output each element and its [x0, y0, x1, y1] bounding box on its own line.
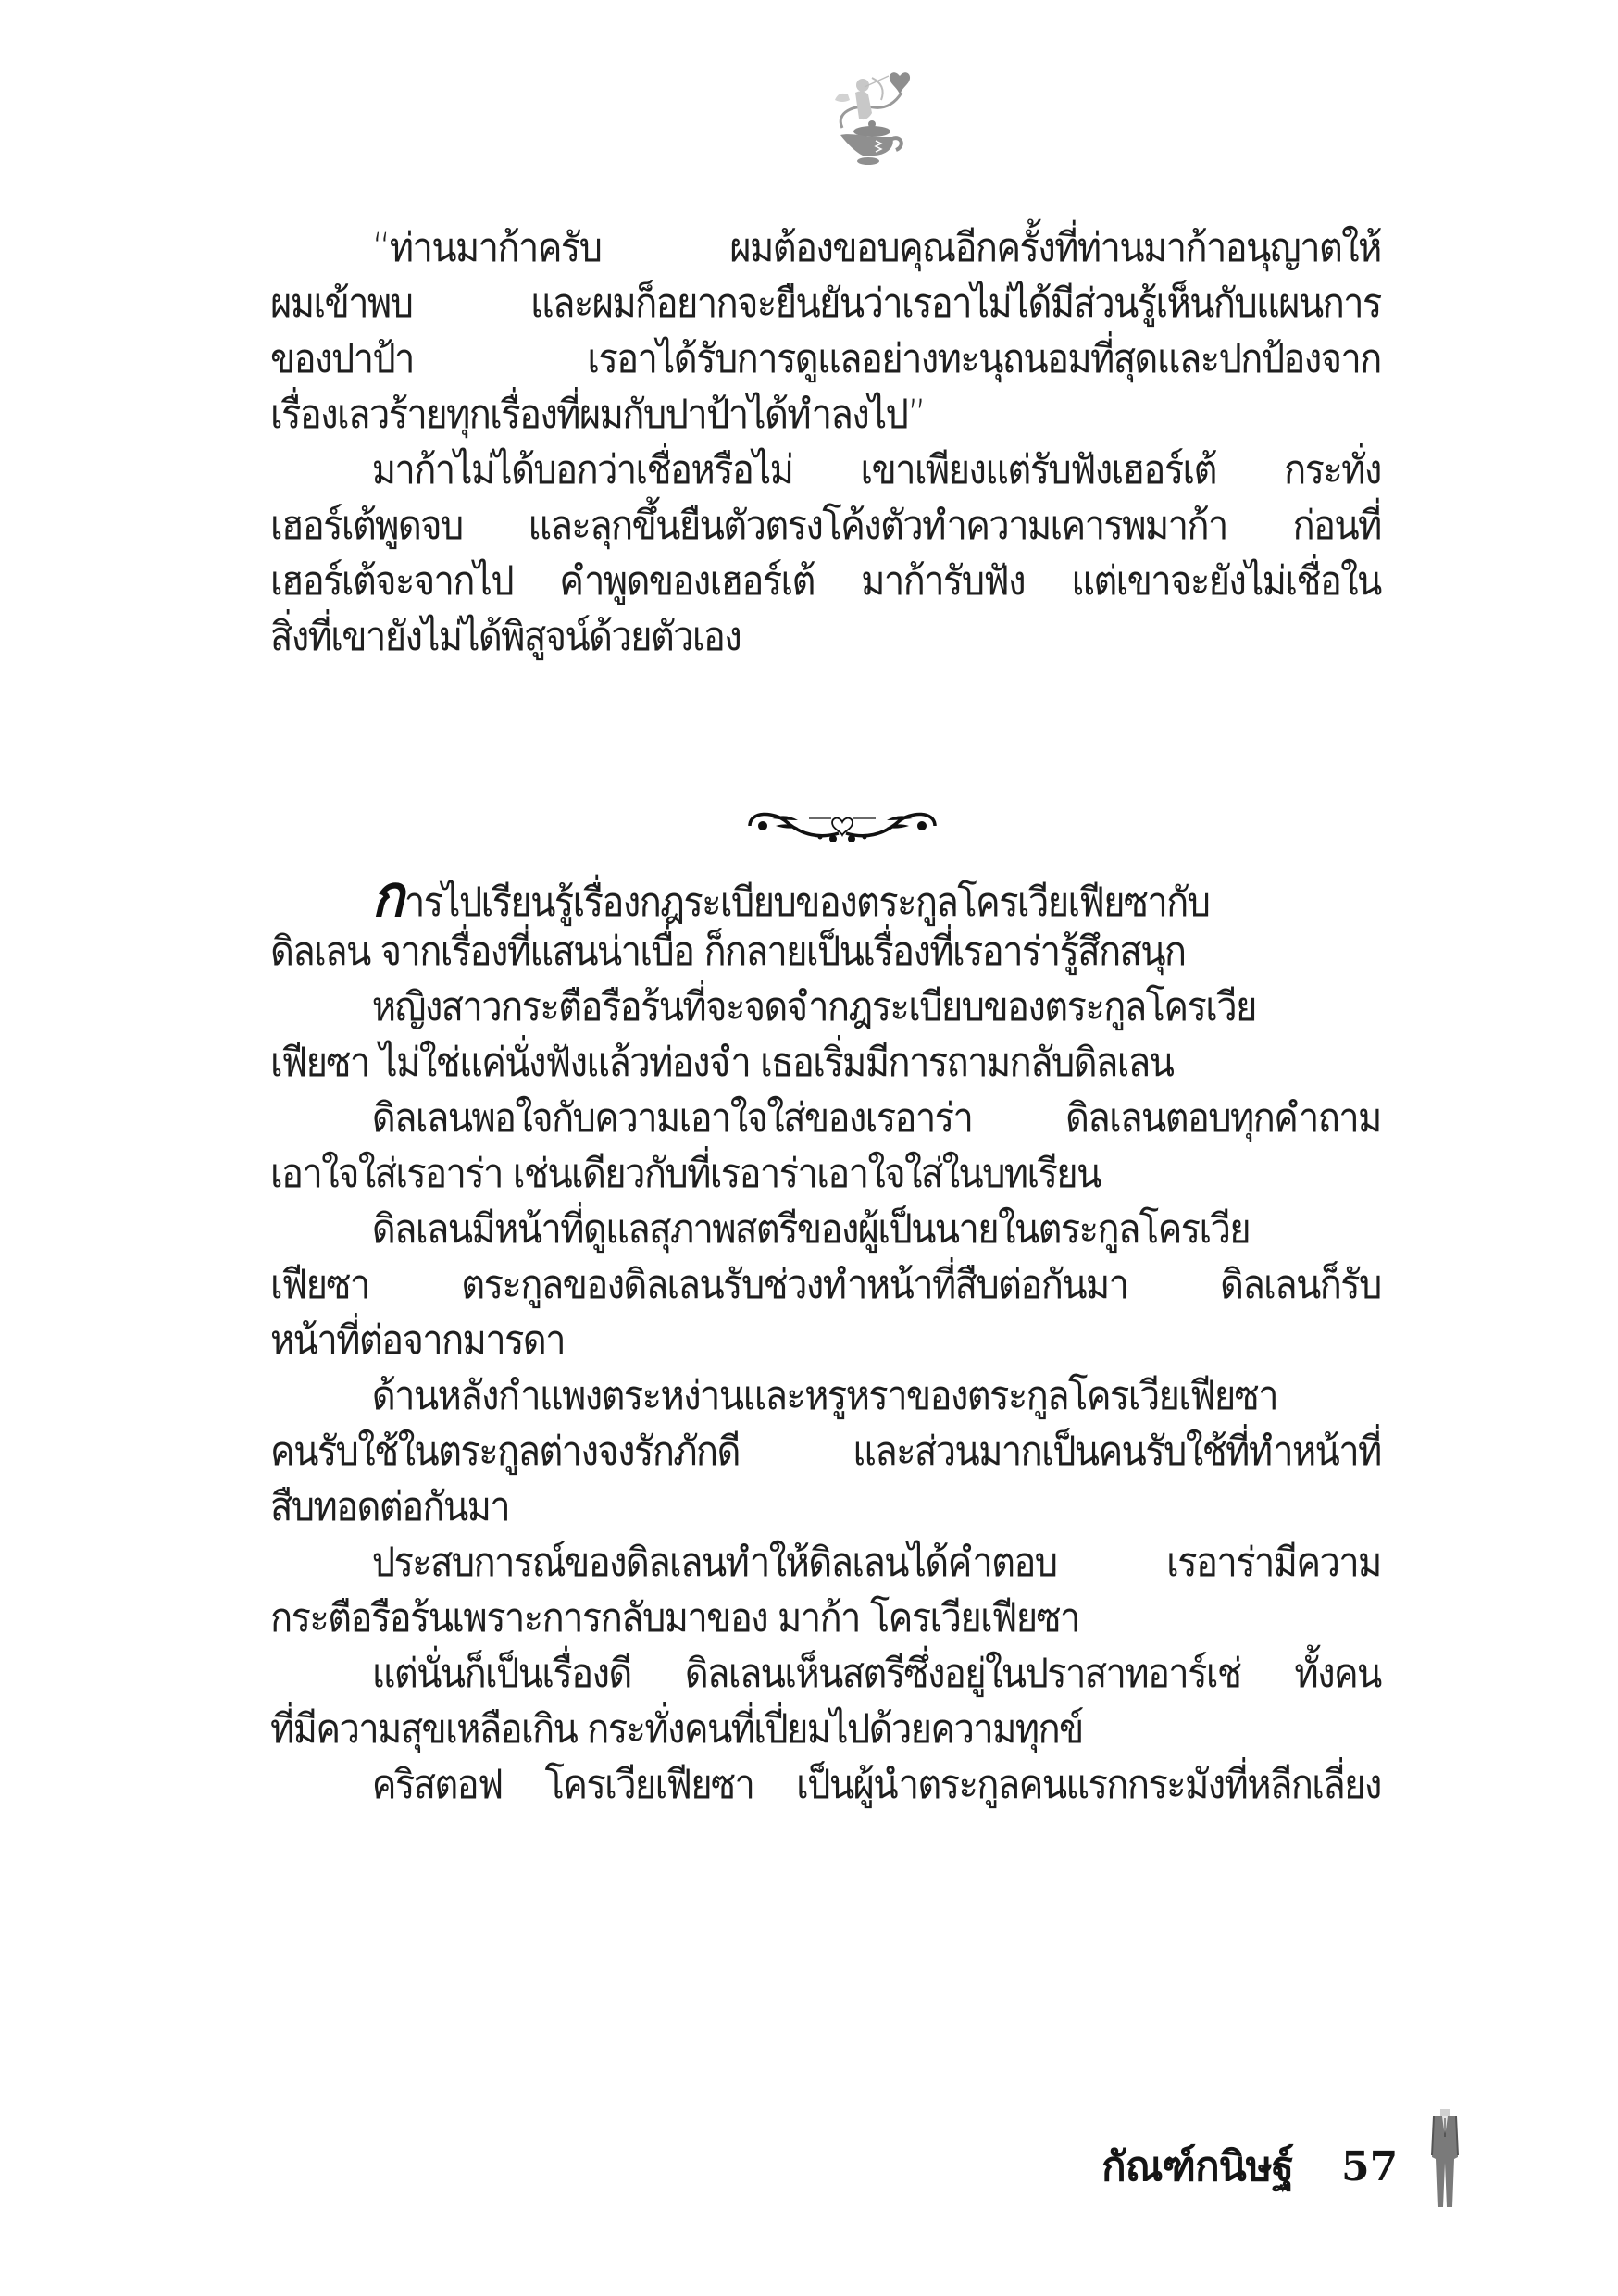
- paragraph-line: เรื่องเลวร้ายทุกเรื่องที่ผมกับปาป้าได้ทำ…: [270, 387, 1381, 443]
- paragraph-line: เฟียซา ไม่ใช่แค่นั่งฟังแล้วท่องจำ เธอเริ…: [270, 1035, 1381, 1091]
- paragraph-line: ของปาป้า เรอาได้รับการดูแลอย่างทะนุถนอมท…: [270, 331, 1381, 387]
- page-number: 57: [1341, 2143, 1398, 2190]
- paragraph-line: ดิลเลนพอใจกับความเอาใจใส่ของเรอาร่า ดิลเ…: [270, 1091, 1381, 1146]
- paragraph-line: ดิลเลนมีหน้าที่ดูแลสุภาพสตรีของผู้เป็นนา…: [270, 1202, 1381, 1257]
- paragraph-line: สืบทอดต่อกันมา: [270, 1479, 1381, 1535]
- paragraph-line-first: การไปเรียนรู้เรื่องกฎระเบียบของตระกูลโคร…: [270, 868, 1381, 924]
- paragraph-line: ผมเข้าพบ และผมก็อยากจะยืนยันว่าเรอาไม่ได…: [270, 276, 1381, 331]
- body-section-1: “ท่านมาก้าครับ ผมต้องขอบคุณอีกครั้งที่ท่…: [270, 220, 1464, 665]
- first-line-text: ารไปเรียนรู้เรื่องกฎระเบียบของตระกูลโครเ…: [404, 880, 1210, 926]
- paragraph-line: คริสตอฟ โครเวียเฟียซา เป็นผู้นำตระกูลคนแ…: [270, 1757, 1381, 1813]
- flourish-heart-divider-icon: [741, 798, 944, 850]
- paragraph-line: ประสบการณ์ของดิลเลนทำให้ดิลเลนได้คำตอบ เ…: [270, 1535, 1381, 1591]
- paragraph-line: มาก้าไม่ได้บอกว่าเชื่อหรือไม่ เขาเพียงแต…: [270, 443, 1381, 498]
- page-footer: กัณฑ์กนิษฐ์ 57: [1101, 2129, 1398, 2203]
- paragraph-line: หน้าที่ต่อจากมารดา: [270, 1313, 1381, 1368]
- paragraph-line: ดิลเลน จากเรื่องที่แสนน่าเบื่อ ก็กลายเป็…: [270, 924, 1381, 980]
- paragraph-line: ด้านหลังกำแพงตระหง่านและหรูหราของตระกูลโ…: [270, 1368, 1381, 1424]
- body-section-2: การไปเรียนรู้เรื่องกฎระเบียบของตระกูลโคร…: [270, 868, 1464, 1813]
- paragraph-line: สิ่งที่เขายังไม่ได้พิสูจน์ด้วยตัวเอง: [270, 609, 1381, 665]
- paragraph-line: ที่มีความสุขเหลือเกิน กระทั่งคนที่เปี่ยม…: [270, 1702, 1381, 1757]
- paragraph-line: เฟียซา ตระกูลของดิลเลนรับช่วงทำหน้าที่สื…: [270, 1257, 1381, 1313]
- paragraph-line: เฮอร์เต้พูดจบ และลุกขึ้นยืนตัวตรงโค้งตัว…: [270, 498, 1381, 554]
- paragraph-line: แต่นั่นก็เป็นเรื่องดี ดิลเลนเห็นสตรีซึ่ง…: [270, 1646, 1381, 1702]
- paragraph-line: หญิงสาวกระตือรือร้นที่จะจดจำกฎระเบียบของ…: [270, 980, 1381, 1035]
- book-title: กัณฑ์กนิษฐ์: [1101, 2134, 1293, 2199]
- suit-figure-icon: [1428, 2109, 1462, 2209]
- paragraph-line: “ท่านมาก้าครับ ผมต้องขอบคุณอีกครั้งที่ท่…: [270, 220, 1381, 276]
- paragraph-line: กระตือรือร้นเพราะการกลับมาของ มาก้า โครเ…: [270, 1591, 1381, 1646]
- paragraph-line: คนรับใช้ในตระกูลต่างจงรักภักดี และส่วนมา…: [270, 1424, 1381, 1479]
- genie-lamp-cupid-icon: [807, 56, 918, 167]
- drop-cap: ก: [372, 862, 403, 930]
- book-page: “ท่านมาก้าครับ ผมต้องขอบคุณอีกครั้งที่ท่…: [0, 0, 1618, 2296]
- paragraph-line: เฮอร์เต้จะจากไป คำพูดของเฮอร์เต้ มาก้ารั…: [270, 554, 1381, 609]
- paragraph-line: เอาใจใส่เรอาร่า เช่นเดียวกับที่เรอาร่าเอ…: [270, 1146, 1381, 1202]
